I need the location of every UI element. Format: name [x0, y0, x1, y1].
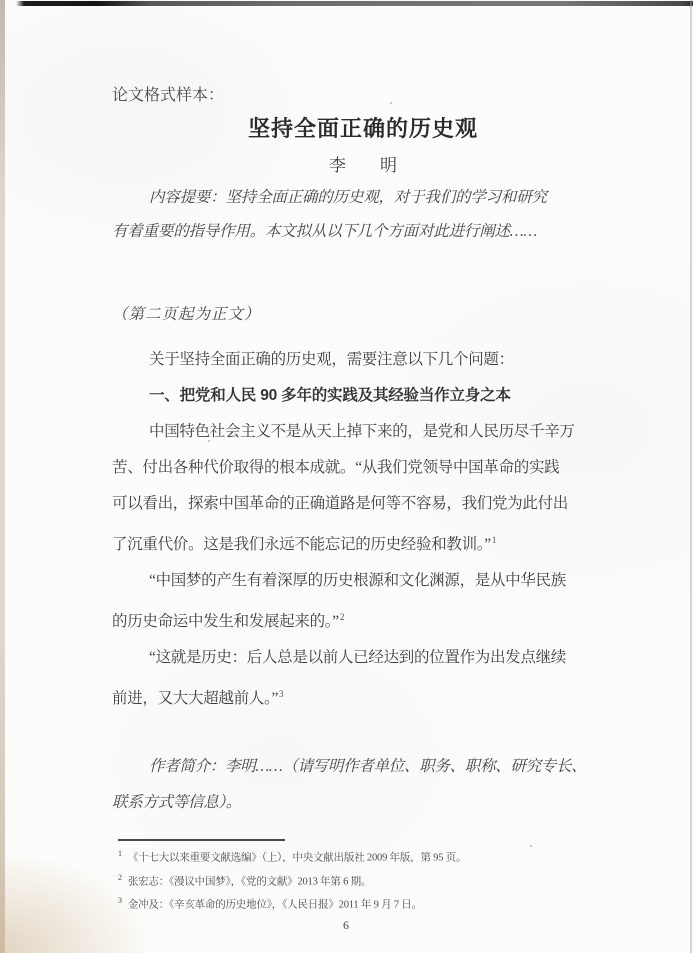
paragraph: “中国梦的产生有着深厚的历史根源和文化渊源，是从中华民族的历史命运中发生和发展起… [112, 563, 580, 640]
footnote-item: 2张宏志：《漫议中国梦》，《党的文献》2013 年第 6 期。 [118, 868, 580, 892]
abstract-line: 内容提要：坚持全面正确的历史观，对于我们的学习和研究 [112, 181, 580, 215]
footnote-text: 张宏志：《漫议中国梦》，《党的文献》2013 年第 6 期。 [128, 876, 371, 887]
footnote-item: 3金冲及：《辛亥革命的历史地位》，《人民日报》2011 年 9 月 7 日。 [118, 891, 580, 915]
footnote-number: 3 [118, 896, 122, 905]
body-line: 的历史命运中发生和发展起来的。”2 [112, 599, 580, 640]
footnote-ref: 2 [340, 612, 344, 622]
footnote-item: 1《十七大以来重要文献选编》（上），中央文献出版社 2009 年版，第 95 页… [118, 844, 580, 868]
abstract: 内容提要：坚持全面正确的历史观，对于我们的学习和研究有着重要的指导作用。本文拟从… [112, 181, 580, 249]
footnote-ref: 3 [279, 689, 283, 699]
footnotes: 1《十七大以来重要文献选编》（上），中央文献出版社 2009 年版，第 95 页… [118, 844, 580, 915]
scanned-page: 论文格式样本： 坚持全面正确的历史观 李 明 内容提要：坚持全面正确的历史观，对… [0, 0, 693, 953]
scan-edge-right [690, 0, 692, 953]
article-body: 关于坚持全面正确的历史观，需要注意以下几个问题：一、把党和人民 90 多年的实践… [112, 342, 580, 821]
footnote-separator [118, 839, 285, 841]
author-name: 李 明 [129, 154, 597, 178]
footnote-text: 金冲及：《辛亥革命的历史地位》，《人民日报》2011 年 9 月 7 日。 [128, 900, 422, 911]
body-line: 苦、付出各种代价取得的根本成就。“从我们党领导中国革命的实践 [112, 450, 580, 486]
body-line: 联系方式等信息）。 [112, 785, 580, 821]
body-line: 作者简介：李明……（请写明作者单位、职务、职称、研究专长、 [112, 749, 580, 785]
author-bio: 作者简介：李明……（请写明作者单位、职务、职称、研究专长、联系方式等信息）。 [112, 749, 580, 821]
scan-edge-left [0, 0, 5, 953]
paragraph: “这就是历史：后人总是以前人已经达到的位置作为出发点继续前进，又大大超越前人。”… [112, 640, 580, 717]
footnote-number: 2 [118, 873, 122, 882]
body-line: “这就是历史：后人总是以前人已经达到的位置作为出发点继续 [112, 640, 580, 676]
body-line: 可以看出，探索中国革命的正确道路是何等不容易，我们党为此付出 [112, 486, 580, 522]
footnote-text: 《十七大以来重要文献选编》（上），中央文献出版社 2009 年版，第 95 页。 [128, 853, 467, 864]
footnote-ref: 1 [492, 535, 496, 545]
paragraph: 中国特色社会主义不是从天上掉下来的，是党和人民历尽千辛万苦、付出各种代价取得的根… [112, 414, 580, 563]
footnote-number: 1 [118, 849, 122, 858]
page-number: 6 [112, 917, 580, 933]
intro-paragraph: 关于坚持全面正确的历史观，需要注意以下几个问题： [112, 342, 580, 378]
section-heading: 一、把党和人民 90 多年的实践及其经验当作立身之本 [112, 378, 580, 414]
sample-label: 论文格式样本： [112, 86, 580, 106]
body-line: “中国梦的产生有着深厚的历史根源和文化渊源，是从中华民族 [112, 563, 580, 599]
body-line: 中国特色社会主义不是从天上掉下来的，是党和人民历尽千辛万 [112, 414, 580, 450]
body-line: 关于坚持全面正确的历史观，需要注意以下几个问题： [112, 342, 580, 378]
note-line: （第二页起为正文） [112, 297, 580, 333]
article-title: 坚持全面正确的历史观 [129, 114, 597, 144]
body-line: 了沉重代价。这是我们永远不能忘记的历史经验和教训。”1 [112, 522, 580, 563]
body-line: 一、把党和人民 90 多年的实践及其经验当作立身之本 [112, 378, 580, 414]
body-line: 前进，又大大超越前人。”3 [112, 676, 580, 717]
document-content: 论文格式样本： 坚持全面正确的历史观 李 明 内容提要：坚持全面正确的历史观，对… [112, 0, 580, 933]
abstract-line: 有着重要的指导作用。本文拟从以下几个方面对此进行阐述…… [112, 215, 580, 249]
